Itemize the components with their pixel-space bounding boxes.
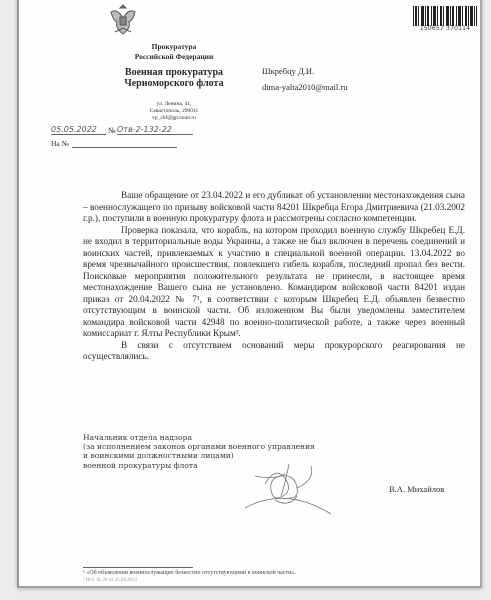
outgoing-date: 05.05.2022 bbox=[51, 125, 106, 135]
reference-label: На № bbox=[51, 139, 69, 148]
address-line3: vp_chf@gp.rsnet.ru bbox=[79, 115, 269, 122]
reference-field-line bbox=[72, 147, 177, 148]
footnote-divider bbox=[83, 567, 193, 568]
body-paragraph-3: В связи с отсутствием оснований меры про… bbox=[83, 340, 465, 363]
letterhead-line1: Прокуратура bbox=[79, 42, 269, 52]
body-paragraph-1: Ваше обращение от 23.04.2022 и его дубли… bbox=[83, 190, 465, 225]
barcode-number: 150657 370114 bbox=[411, 25, 479, 32]
document-page: Прокуратура Российской Федерации Военная… bbox=[17, 0, 482, 588]
letterhead-line2: Российской Федерации bbox=[79, 52, 269, 62]
barcode-icon bbox=[413, 6, 477, 26]
body-paragraph-2: Проверка показала, что корабль, на котор… bbox=[83, 225, 465, 340]
letter-body: Ваше обращение от 23.04.2022 и его дубли… bbox=[83, 190, 465, 363]
footnote-2: ² Исх. № 20 от 25.04.2022 bbox=[83, 578, 137, 583]
address-line2: Севастополь, 299011 bbox=[79, 108, 269, 115]
recipient-name: Шкребцу Д.И. bbox=[262, 66, 314, 76]
org-name-line1: Военная прокуратура bbox=[79, 67, 269, 78]
address-line1: ул. Ленина, 41, bbox=[79, 101, 269, 108]
signatory-name: В.А. Михайлов bbox=[389, 484, 444, 494]
handwritten-signature-icon bbox=[225, 464, 345, 524]
signatory-title-line2: (за исполнением законов органами военног… bbox=[83, 442, 315, 451]
signatory-title-line3: и воинскими должностными лицами) bbox=[83, 451, 315, 460]
footnote-1: ¹ «Об объявлении военнослужащих безвестн… bbox=[83, 570, 296, 576]
recipient-email: dima-yalta2010@mail.ru bbox=[262, 82, 348, 92]
outgoing-number: Отв-2-132-22 bbox=[117, 125, 193, 135]
org-name-line2: Черноморского флота bbox=[79, 78, 269, 89]
coat-of-arms-icon bbox=[105, 2, 141, 38]
signatory-title-line1: Начальник отдела надзора bbox=[83, 433, 315, 442]
number-label: № bbox=[108, 126, 116, 135]
